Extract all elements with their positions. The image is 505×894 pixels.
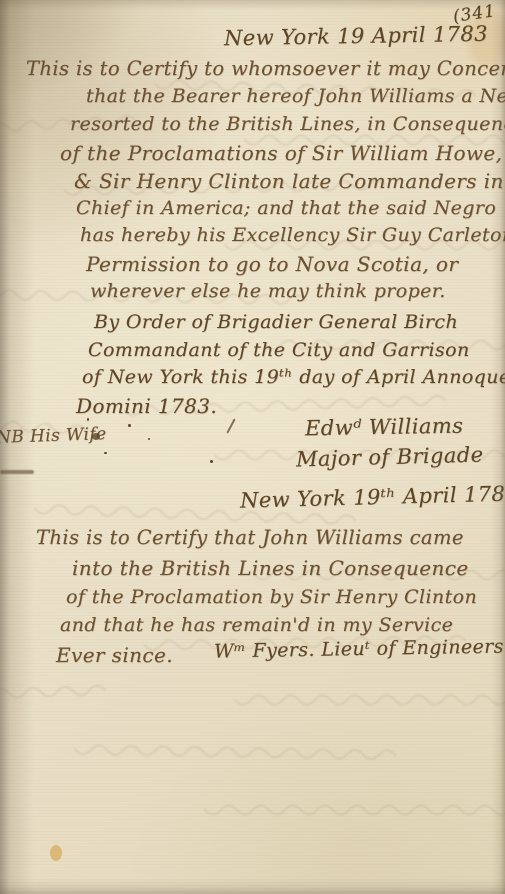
cert1-order-line: By Order of Brigadier General Birch [94, 313, 458, 332]
cert1-order-line: Domini 1783. [76, 396, 217, 416]
cert1-line: This is to Certify to whomsoever it may … [26, 59, 505, 79]
cert1-line: has hereby his Excellency Sir Guy Carlet… [80, 226, 505, 245]
cert2-signature: Wᵐ Fyers. Lieuᵗ of Engineers. [214, 637, 505, 661]
ink-speckle [87, 418, 89, 421]
manuscript-page: (341 New York 19 April 1783 This is to C… [0, 0, 505, 894]
ink-blot [92, 433, 100, 440]
cert1-line: & Sir Henry Clinton late Commanders in [74, 171, 504, 191]
cert1-line: of the Proclamations of Sir William Howe… [60, 143, 502, 163]
cert2-line: This is to Certify that John Williams ca… [36, 528, 464, 548]
cert1-line: resorted to the British Lines, in Conseq… [70, 115, 505, 134]
stray-pen-stroke [226, 418, 235, 433]
ink-speckle [128, 424, 131, 427]
margin-note: NB His Wife [0, 426, 107, 447]
cert2-line: of the Proclamation by Sir Henry Clinton [66, 588, 477, 607]
cert2-date: New York 19ᵗʰ April 1783 [240, 483, 505, 511]
cert1-order-line: of New York this 19ᵗʰ day of April Annoq… [82, 368, 505, 387]
paper-stain [50, 845, 62, 861]
cert2-line: into the British Lines in Consequence [72, 558, 469, 578]
cert1-signature-name: Edwᵈ Williams [305, 416, 464, 440]
ink-speckle [210, 460, 213, 463]
cert1-order-line: Commandant of the City and Garrison [88, 341, 470, 360]
cert1-line: Permission to go to Nova Scotia, or [86, 254, 458, 274]
cert1-line: Chief in America; and that the said Negr… [76, 199, 496, 218]
cert1-line: wherever else he may think proper. [90, 282, 446, 301]
ink-speckle [104, 452, 107, 454]
cert1-line: that the Bearer hereof John Williams a N… [86, 87, 505, 106]
ink-smudge [0, 470, 34, 474]
cert2-line: and that he has remain'd in my Service [60, 616, 453, 635]
ink-speckle [148, 438, 150, 440]
heading-date: New York 19 April 1783 [224, 24, 488, 50]
cert2-closing: Ever since. [56, 645, 173, 665]
cert1-signature-title: Major of Brigade [296, 445, 484, 471]
